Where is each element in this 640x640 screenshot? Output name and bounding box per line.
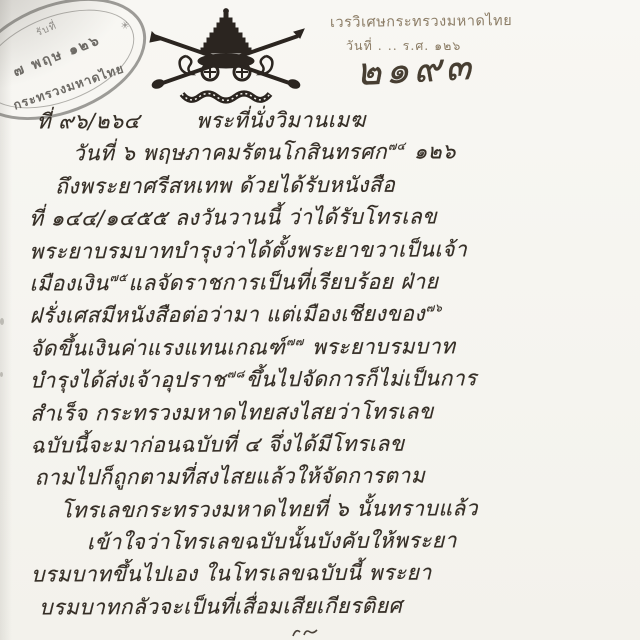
handwritten-text: สำเร็จ กระทรวงมหาดไทยสงไสยว่าโทรเลข [30, 399, 434, 425]
handwritten-text: บำรุงได้ส่งเจ้าอุปราช [30, 368, 226, 393]
handwritten-line: พระยาบรมบาทบำรุงว่าได้ตั้งพระยาขวาเป็นเจ… [29, 232, 635, 268]
footnote-mark: ๗๕ [110, 271, 128, 284]
royal-crest-emblem-icon [146, 6, 306, 108]
scan-speck [0, 318, 4, 325]
handwritten-text: ฉบับนี้จะมาก่อนฉบับที่ ๔ จึ่งได้มีโทรเลข [30, 432, 404, 458]
handwritten-line: โทรเลขกระทรวงมหาดไทยที่ ๖ นั้นทราบแล้ว [31, 491, 637, 527]
handwritten-text: เมืองเงิน [30, 271, 109, 295]
stamp-received-label: รับที่ [34, 19, 59, 41]
handwritten-text: พระยาบรมบาทบำรุงว่าได้ตั้งพระยาขวาเป็นเจ… [29, 237, 467, 263]
handwritten-line: วันที่ ๖ พฤษภาคมรัตนโกสินทรศก๗๔ ๑๒๖ [29, 135, 635, 171]
handwritten-text: พระที่นั่งวิมานเมฆ [196, 108, 366, 133]
handwritten-text: ถามไปก็ถูกตามที่สงไสยแล้วให้จัดการตาม [35, 464, 426, 490]
handwritten-text: เข้าใจว่าโทรเลขฉบับนั้นบังคับให้พระยา [87, 528, 457, 554]
handwritten-text: ฝรั่งเศสมีหนังสือต่อว่ามา แต่เมืองเชียงข… [30, 302, 425, 328]
scanned-telegram-document: รับที่ ๗ พฤษ ๑๒๖ กระทรวงมหาดไทย ✳ ✳ [0, 0, 640, 640]
footnote-mark: ๗๘ [227, 368, 245, 381]
letterhead-office-line: เวรวิเศษกระทรวงมหาดไทย [330, 9, 512, 34]
handwritten-line: บรมบาทกลัวจะเป็นที่เสื่อมเสียเกียรติยศ [31, 588, 637, 624]
handwritten-text: ๑๒๖ [407, 140, 456, 164]
handwritten-register-number: ๒๑๙๓ [354, 35, 476, 102]
handwritten-line: บำรุงได้ส่งเจ้าอุปราช๗๘ขึ้นไปจัดการก็ไม่… [30, 362, 636, 398]
handwritten-text: บรมบาทกลัวจะเป็นที่เสื่อมเสียเกียรติยศ [39, 593, 402, 619]
stamp-star-icon: ✳ [120, 19, 132, 32]
handwritten-text: ที่ ๙๖/๒๖๔ [37, 109, 140, 134]
handwritten-line: จัดขึ้นเงินค่าแรงแทนเกณฑ์๗๗ พระยาบรมบาท [30, 329, 636, 365]
handwritten-text: ขึ้นไปจัดการก็ไม่เป็นการ [246, 366, 477, 391]
handwritten-line: ที่ ๙๖/๒๖๔พระที่นั่งวิมานเมฆ [29, 102, 635, 138]
handwritten-line: ฉบับนี้จะมาก่อนฉบับที่ ๔ จึ่งได้มีโทรเลข [30, 426, 636, 462]
footnote-mark: ๗๔ [388, 140, 406, 153]
handwritten-line: เข้าใจว่าโทรเลขฉบับนั้นบังคับให้พระยา [31, 523, 637, 559]
cutoff-next-line-fragment [290, 626, 320, 638]
footnote-mark: ๗๗ [286, 335, 304, 348]
handwritten-line: สำเร็จ กระทรวงมหาดไทยสงไสยว่าโทรเลข [30, 394, 636, 430]
handwritten-text: ที่ ๑๔๔/๑๔๕๕ ลงวันวานนี้ ว่าได้รับโทรเลข [29, 205, 437, 231]
handwritten-line: ถึงพระยาศรีสหเทพ ด้วยได้รับหนังสือ [29, 167, 635, 203]
handwritten-text: แลจัดราชการเป็นที่เรียบร้อย ฝ่าย [128, 269, 438, 295]
handwritten-text: จัดขึ้นเงินค่าแรงแทนเกณฑ์ [30, 335, 286, 360]
handwritten-text: พระยาบรมบาท [305, 334, 456, 359]
footnote-mark: ๗๖ [426, 302, 442, 315]
handwritten-line: ถามไปก็ถูกตามที่สงไสยแล้วให้จัดการตาม [31, 459, 637, 495]
handwritten-text: โทรเลขกระทรวงมหาดไทยที่ ๖ นั้นทราบแล้ว [61, 496, 478, 522]
handwritten-text: วันที่ ๖ พฤษภาคมรัตนโกสินทรศก [73, 140, 387, 166]
handwritten-text: บรมบาทขึ้นไปเอง ในโทรเลขฉบับนี้ พระยา [31, 561, 432, 587]
handwritten-line: เมืองเงิน๗๕แลจัดราชการเป็นที่เรียบร้อย ฝ… [29, 264, 635, 300]
handwritten-line: ที่ ๑๔๔/๑๔๕๕ ลงวันวานนี้ ว่าได้รับโทรเลข [29, 200, 635, 236]
handwritten-line: บรมบาทขึ้นไปเอง ในโทรเลขฉบับนี้ พระยา [31, 556, 637, 592]
scan-speck [0, 372, 3, 377]
handwritten-body: ที่ ๙๖/๒๖๔พระที่นั่งวิมานเมฆวันที่ ๖ พฤษ… [29, 102, 638, 623]
handwritten-line: ฝรั่งเศสมีหนังสือต่อว่ามา แต่เมืองเชียงข… [30, 297, 636, 333]
handwritten-text: ถึงพระยาศรีสหเทพ ด้วยได้รับหนังสือ [55, 172, 395, 198]
